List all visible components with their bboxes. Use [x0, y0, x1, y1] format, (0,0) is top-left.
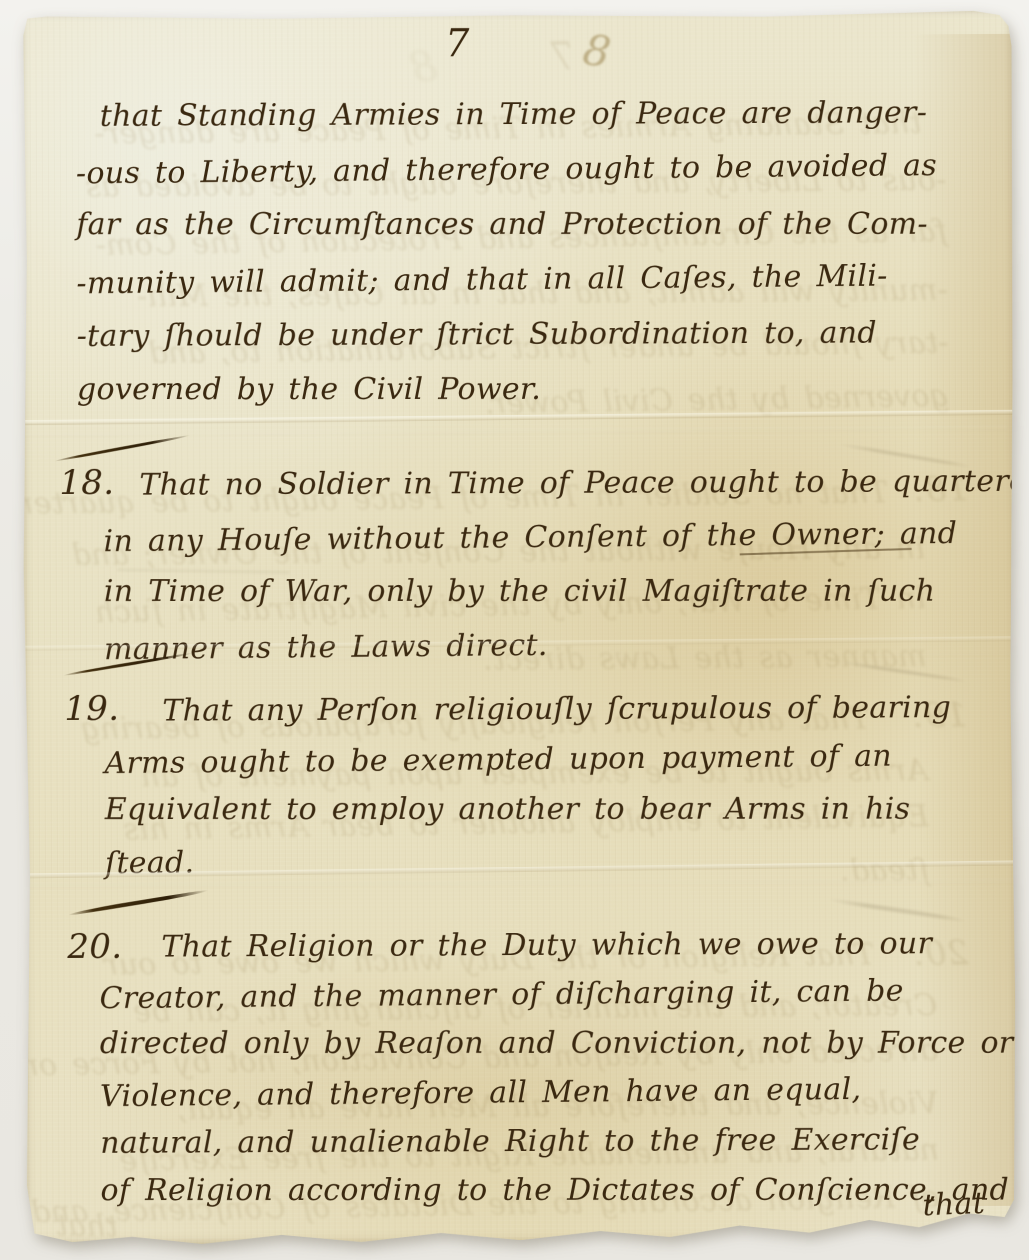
manuscript-line: of Religion according to the Dictates of…	[100, 1166, 1014, 1215]
manuscript-line: that Standing Armies in Time of Peace ar…	[76, 85, 1002, 144]
manuscript-line: Creator, and the manner of diſcharging i…	[99, 965, 1013, 1023]
manuscript-line: Violence, and therefore all Men have an …	[100, 1063, 1014, 1121]
manuscript-line: -ous to Liberty, and therefore ought to …	[76, 137, 1002, 201]
article-lines: That no Soldier in Time of Peace ought t…	[103, 455, 1012, 675]
separator-flourish	[68, 889, 209, 916]
manuscript-line: in any Houſe without the Conſent of the …	[103, 506, 1011, 569]
article-18-quartering: 18. That no Soldier in Time of Peace oug…	[19, 433, 1015, 437]
manuscript-line: governed by the Civil Power.	[77, 362, 1003, 417]
edge-mark	[18, 63, 21, 111]
article-lines: That Religion or the Duty which we owe t…	[99, 919, 1014, 1217]
manuscript-line: Equivalent to employ another to bear Arm…	[105, 785, 1013, 835]
manuscript-line: That Religion or the Duty which we owe t…	[99, 919, 1013, 972]
article-lines: That any Perſon religiouſly ſcrupulous o…	[104, 683, 1013, 887]
manuscript-line: ſtead.	[105, 830, 1013, 889]
paragraph-standing-armies: that Standing Armies in Time of Peace ar…	[76, 85, 1003, 419]
catchword: that	[922, 1186, 986, 1223]
manuscript-line: That any Perſon religiouſly ſcrupulous o…	[104, 683, 1012, 737]
manuscript-line: far as the Circumſtances and Protection …	[76, 197, 1002, 252]
manuscript-line: -munity will admit; and that in all Caſe…	[76, 247, 1002, 311]
separator-flourish	[54, 434, 190, 461]
article-20-religion: 20. That Religion or the Duty which we o…	[21, 889, 1017, 893]
bleedthrough-page-number: 8	[580, 25, 615, 78]
manuscript-line: That no Soldier in Time of Peace ought t…	[103, 455, 1011, 513]
manuscript-line: Arms ought to be exempted upon payment o…	[104, 730, 1012, 789]
edge-mark	[18, 281, 21, 323]
edge-mark	[20, 611, 23, 663]
edge-mark	[22, 1131, 25, 1177]
manuscript-line: in Time of War, only by the civil Magiſt…	[104, 565, 1012, 619]
manuscript-line: directed only by Reaſon and Conviction, …	[100, 1019, 1014, 1068]
photo-background: 7 8 that Standing Armies in Time of Peac…	[0, 0, 1029, 1260]
manuscript-line: manner as the Laws direct.	[104, 614, 1012, 677]
manuscript-page: 7 8 that Standing Armies in Time of Peac…	[17, 9, 1018, 1247]
paper-sheet: 7 8 that Standing Armies in Time of Peac…	[17, 9, 1018, 1247]
manuscript-line: natural, and unalienable Right to the fr…	[100, 1115, 1014, 1168]
handwritten-ink-layer: 7 8 that Standing Armies in Time of Peac…	[17, 9, 1018, 1247]
manuscript-line: -tary ſhould be under ſtrict Subordinati…	[77, 305, 1003, 364]
paragraph-lines: that Standing Armies in Time of Peace ar…	[76, 85, 1003, 419]
page-number: 7	[427, 21, 487, 65]
